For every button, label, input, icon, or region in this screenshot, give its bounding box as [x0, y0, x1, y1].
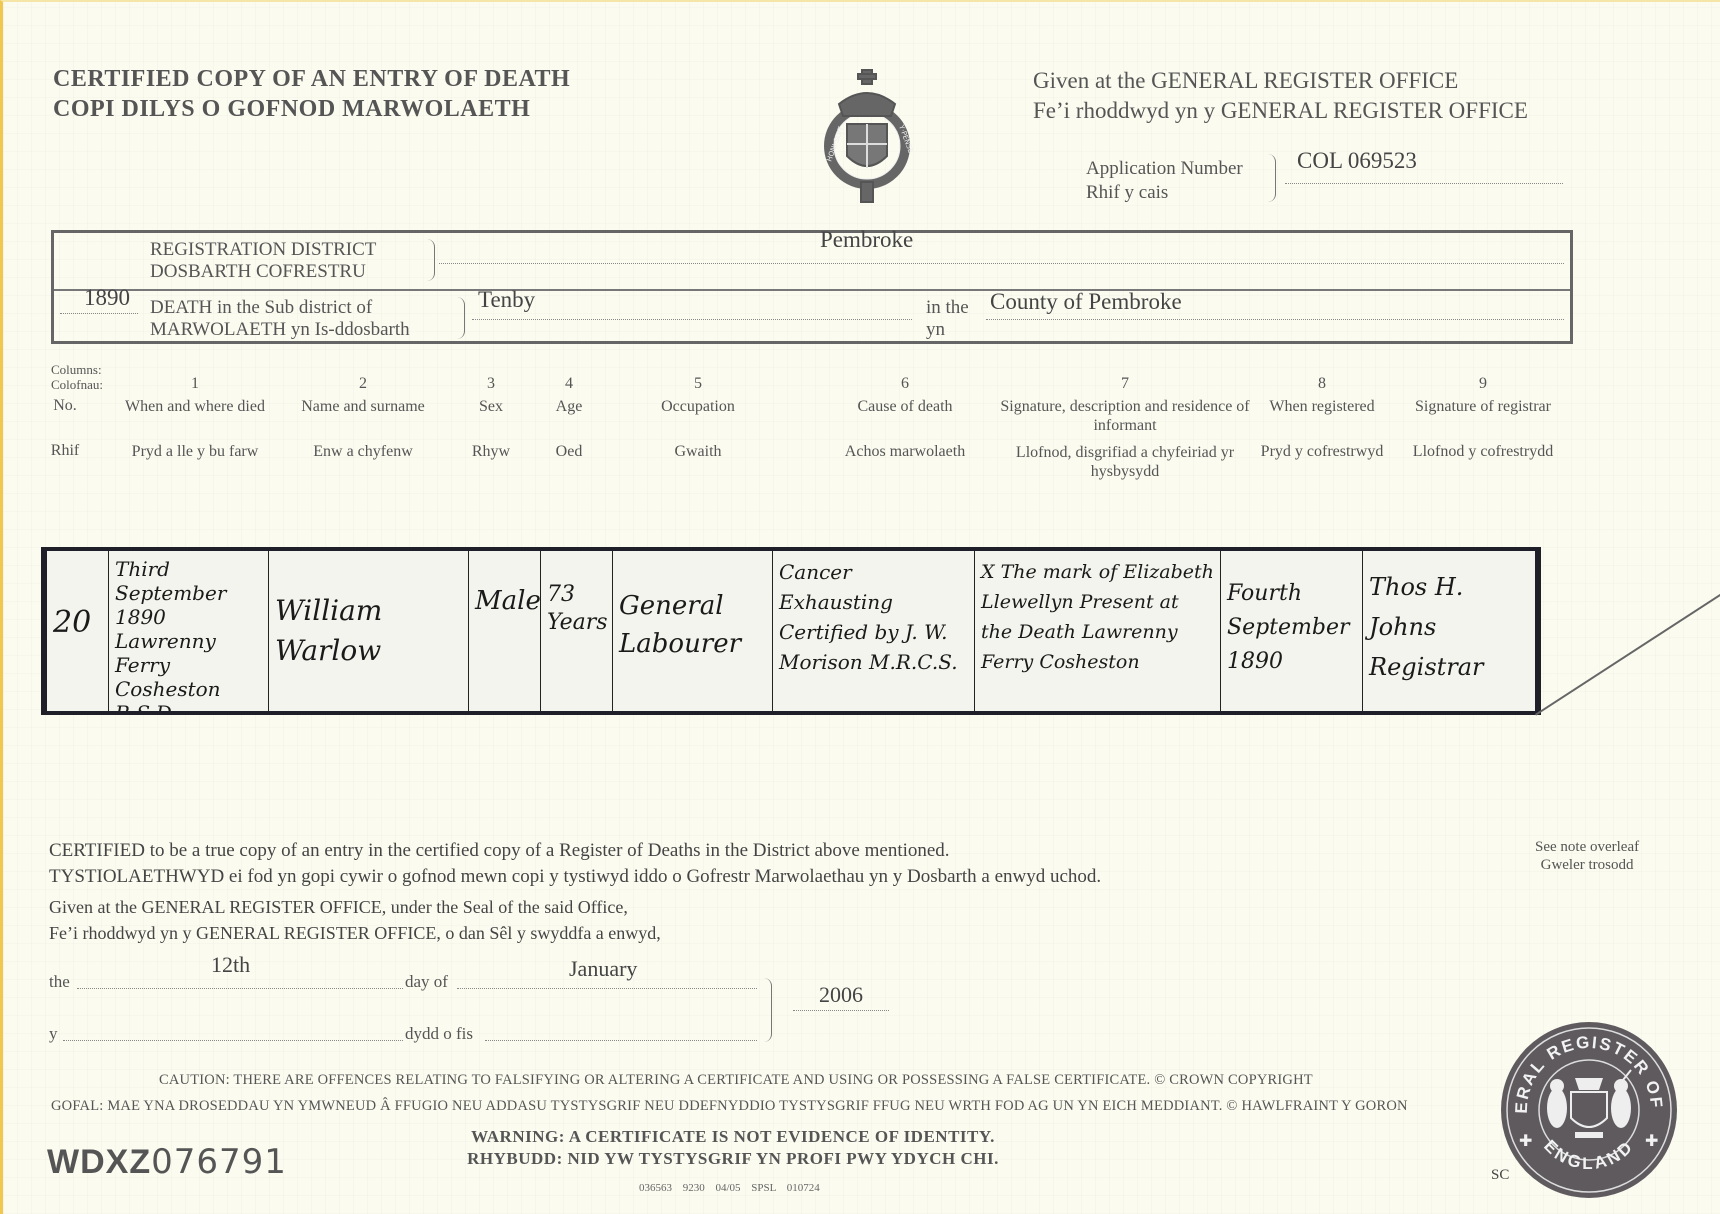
application-number-line — [1285, 183, 1563, 184]
sc-mark: SC — [1491, 1167, 1509, 1184]
district-label-english: REGISTRATION DISTRICT — [150, 239, 376, 261]
column-number: 1 — [111, 374, 279, 393]
note-english: See note overleaf — [1535, 838, 1639, 856]
given-under-seal: Given at the GENERAL REGISTER OFFICE, un… — [49, 894, 661, 946]
column-label-welsh: Rhyw — [463, 442, 519, 461]
column-label-english: Sex — [463, 397, 519, 416]
year-line — [793, 1010, 889, 1011]
y-label: y — [49, 1024, 58, 1044]
registration-district-box: REGISTRATION DISTRICT DOSBARTH COFRESTRU… — [51, 230, 1573, 344]
in-the-english: in the — [926, 297, 969, 319]
column-label-english: Signature, description and residence of … — [999, 397, 1251, 441]
note-welsh: Gweler trosodd — [1535, 856, 1639, 874]
year-value: 1890 — [84, 285, 130, 311]
general-register-office-seal-icon: GENERAL REGISTER OFFICE ENGLAND ✚ ✚ — [1499, 1020, 1679, 1200]
columns-label-english: Columns: — [51, 362, 103, 377]
caution-welsh: GOFAL: MAE YNA DROSEDDAU YN YMWNEUD Â FF… — [51, 1098, 1408, 1115]
subdistrict-label-english: DEATH in the Sub district of — [150, 297, 410, 319]
brace-icon — [763, 978, 772, 1042]
column-header-registrar: 9 Signature of registrar Llofnod y cofre… — [1403, 374, 1563, 461]
column-header-no: No. Rhif — [43, 396, 87, 460]
subdistrict-label: DEATH in the Sub district of MARWOLAETH … — [150, 297, 410, 341]
title-english: CERTIFIED COPY OF AN ENTRY OF DEATH — [53, 64, 570, 94]
column-label-english: Occupation — [643, 397, 753, 416]
brace-icon — [426, 239, 435, 281]
application-number-value: COL 069523 — [1297, 148, 1417, 174]
svg-text:✚: ✚ — [1519, 1131, 1532, 1150]
column-number: 9 — [1403, 374, 1563, 393]
caution-english: CAUTION: THERE ARE OFFENCES RELATING TO … — [159, 1072, 1313, 1089]
column-label-english: Cause of death — [837, 397, 973, 416]
mis-line — [485, 1040, 757, 1041]
entry-name: William Warlow — [269, 551, 469, 711]
column-label-welsh: Llofnod y cofrestrydd — [1403, 442, 1563, 461]
connector-line — [1535, 583, 1720, 715]
column-number: 8 — [1255, 374, 1389, 393]
given-under-seal-welsh: Fe’i rhoddwyd yn y GENERAL REGISTER OFFI… — [49, 920, 661, 946]
column-label-english: When and where died — [111, 397, 279, 416]
column-label-welsh: Pryd a lle y bu farw — [111, 442, 279, 461]
certification-statement: CERTIFIED to be a true copy of an entry … — [49, 838, 1101, 890]
entry-cause: Cancer Exhausting Certified by J. W. Mor… — [773, 551, 975, 711]
column-number: 7 — [999, 374, 1251, 393]
dydd-line — [63, 1040, 403, 1041]
application-label-english: Application Number — [1086, 157, 1243, 181]
column-number: 6 — [837, 374, 973, 393]
entry-registrar: Thos H. Johns Registrar — [1363, 551, 1533, 711]
entry-registered: Fourth September 1890 — [1221, 551, 1363, 711]
print-code: 036563 9230 04/05 SPSL 010724 — [639, 1182, 820, 1194]
certificate-title: CERTIFIED COPY OF AN ENTRY OF DEATH COPI… — [53, 64, 570, 124]
brace-icon — [1265, 154, 1276, 202]
death-certificate: CERTIFIED COPY OF AN ENTRY OF DEATH COPI… — [0, 0, 1720, 1214]
see-note-overleaf: See note overleaf Gweler trosodd — [1535, 838, 1639, 874]
subdistrict-line — [472, 319, 912, 320]
column-label-welsh: Pryd y cofrestrwyd — [1255, 442, 1389, 461]
title-welsh: COPI DILYS O GOFNOD MARWOLAETH — [53, 94, 570, 124]
column-label-english: No. — [43, 396, 87, 415]
column-header-informant: 7 Signature, description and residence o… — [999, 374, 1251, 481]
year-line — [60, 313, 138, 314]
column-header-name: 2 Name and surname Enw a chyfenw — [289, 374, 437, 461]
given-at-english: Given at the GENERAL REGISTER OFFICE — [1033, 66, 1528, 96]
column-header-sex: 3 Sex Rhyw — [463, 374, 519, 461]
identity-warning: WARNING: A CERTIFICATE IS NOT EVIDENCE O… — [423, 1126, 1043, 1170]
svg-text:✚: ✚ — [1645, 1131, 1658, 1150]
column-label-english: Name and surname — [289, 397, 437, 416]
column-number: 2 — [289, 374, 437, 393]
entry-age: 73 Years — [541, 551, 613, 711]
entry-informant: X The mark of Elizabeth Llewellyn Presen… — [975, 551, 1221, 711]
column-label-english: When registered — [1255, 397, 1389, 416]
issuing-office: Given at the GENERAL REGISTER OFFICE Fe’… — [1033, 66, 1528, 126]
district-label-welsh: DOSBARTH COFRESTRU — [150, 261, 376, 283]
column-number: 3 — [463, 374, 519, 393]
serial-prefix: WDXZ — [47, 1143, 151, 1181]
columns-label: Columns: Colofnau: — [51, 362, 103, 392]
application-label-welsh: Rhif y cais — [1086, 181, 1243, 205]
register-entry-row: 20 Third September 1890 Lawrenny Ferry C… — [41, 547, 1541, 715]
entry-occupation: General Labourer — [613, 551, 773, 711]
certification-english: CERTIFIED to be a true copy of an entry … — [49, 838, 1101, 864]
county-line — [986, 319, 1564, 320]
county-value: County of Pembroke — [990, 289, 1182, 315]
column-label-welsh: Gwaith — [643, 442, 753, 461]
column-label-welsh: Oed — [543, 442, 595, 461]
entry-when-where: Third September 1890 Lawrenny Ferry Cosh… — [109, 551, 269, 711]
month-line — [457, 988, 757, 989]
day-value: 12th — [211, 952, 250, 978]
column-label-english: Signature of registrar — [1403, 397, 1563, 416]
column-header-cause: 6 Cause of death Achos marwolaeth — [837, 374, 973, 461]
column-number: 4 — [543, 374, 595, 393]
the-label: the — [49, 972, 70, 992]
warning-welsh: RHYBUDD: NID YW TYSTYSGRIF YN PROFI PWY … — [423, 1148, 1043, 1170]
column-number: 5 — [643, 374, 753, 393]
certification-welsh: TYSTIOLAETHWYD ei fod yn gopi cywir o go… — [49, 864, 1101, 890]
dydd-o-fis-label: dydd o fis — [405, 1024, 473, 1044]
column-header-age: 4 Age Oed — [543, 374, 595, 461]
column-label-english: Age — [543, 397, 595, 416]
column-label-welsh: Enw a chyfenw — [289, 442, 437, 461]
column-label-welsh: Achos marwolaeth — [837, 442, 973, 461]
in-the-welsh: yn — [926, 319, 969, 341]
district-value: Pembroke — [820, 227, 913, 253]
column-header-occupation: 5 Occupation Gwaith — [643, 374, 753, 461]
brace-icon — [456, 297, 465, 339]
subdistrict-value: Tenby — [478, 287, 535, 313]
royal-coat-of-arms-icon: HONI·SOIT Y·PENSE — [821, 64, 913, 208]
warning-english: WARNING: A CERTIFICATE IS NOT EVIDENCE O… — [423, 1126, 1043, 1148]
divider — [54, 289, 1570, 291]
entry-sex: Male — [469, 551, 541, 711]
column-label-welsh: Rhif — [43, 441, 87, 460]
given-at-welsh: Fe’i rhoddwyd yn y GENERAL REGISTER OFFI… — [1033, 96, 1528, 126]
entry-no: 20 — [47, 551, 109, 711]
column-label-welsh: Llofnod, disgrifiad a chyfeiriad yr hysb… — [999, 443, 1251, 481]
serial-number: 076791 — [151, 1142, 287, 1182]
column-header-when-where: 1 When and where died Pryd a lle y bu fa… — [111, 374, 279, 461]
day-of-label: day of — [405, 972, 448, 992]
subdistrict-label-welsh: MARWOLAETH yn Is-ddosbarth — [150, 319, 410, 341]
in-the-label: in the yn — [926, 297, 969, 341]
district-label: REGISTRATION DISTRICT DOSBARTH COFRESTRU — [150, 239, 376, 283]
given-under-seal-english: Given at the GENERAL REGISTER OFFICE, un… — [49, 894, 661, 920]
district-line — [439, 263, 1564, 264]
month-value: January — [569, 956, 637, 982]
day-line — [77, 988, 403, 989]
application-number-label: Application Number Rhif y cais — [1086, 157, 1243, 205]
columns-label-welsh: Colofnau: — [51, 377, 103, 392]
certificate-serial-number: WDXZ076791 — [47, 1142, 287, 1182]
column-header-registered: 8 When registered Pryd y cofrestrwyd — [1255, 374, 1389, 461]
year-value: 2006 — [819, 982, 863, 1008]
